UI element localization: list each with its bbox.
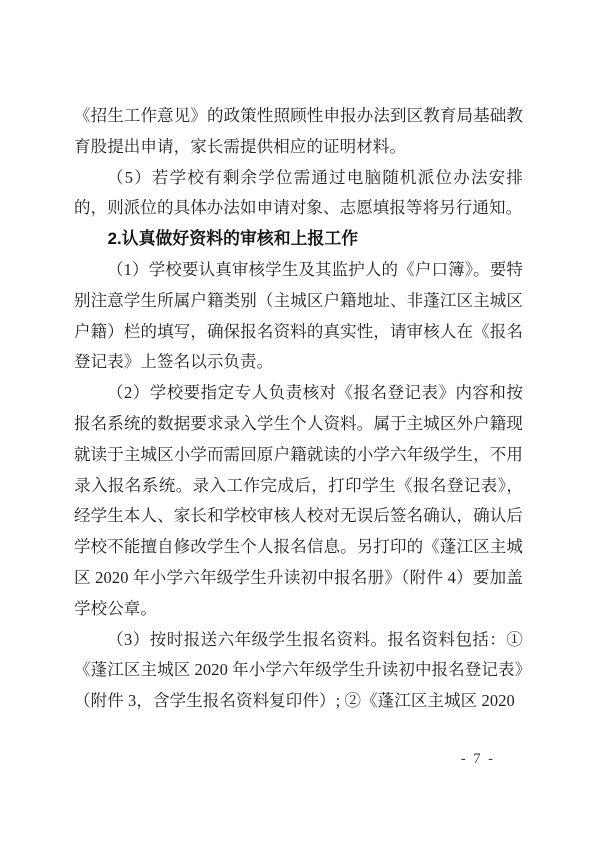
paragraph-point-2: （2）学校要指定专人负责核对《报名登记表》内容和按报名系统的数据要求录入学生个人… [74,378,523,624]
section-heading: 2.认真做好资料的审核和上报工作 [74,224,523,255]
paragraph-point-5: （5）若学校有剩余学位需通过电脑随机派位办法安排的，则派位的具体办法如申请对象、… [74,163,523,225]
document-page: 《招生工作意见》的政策性照顾性申报办法到区教育局基础教育股提出申请，家长需提供相… [0,0,595,842]
paragraph-continuation: 《招生工作意见》的政策性照顾性申报办法到区教育局基础教育股提出申请，家长需提供相… [74,101,523,163]
paragraph-point-3: （3）按时报送六年级学生报名资料。报名资料包括：①《蓬江区主城区 2020 年小… [74,625,523,717]
paragraph-point-1: （1）学校要认真审核学生及其监护人的《户口簿》。要特别注意学生所属户籍类别（主城… [74,255,523,378]
page-number: - 7 - [461,751,495,768]
document-body: 《招生工作意见》的政策性照顾性申报办法到区教育局基础教育股提出申请，家长需提供相… [74,101,523,717]
